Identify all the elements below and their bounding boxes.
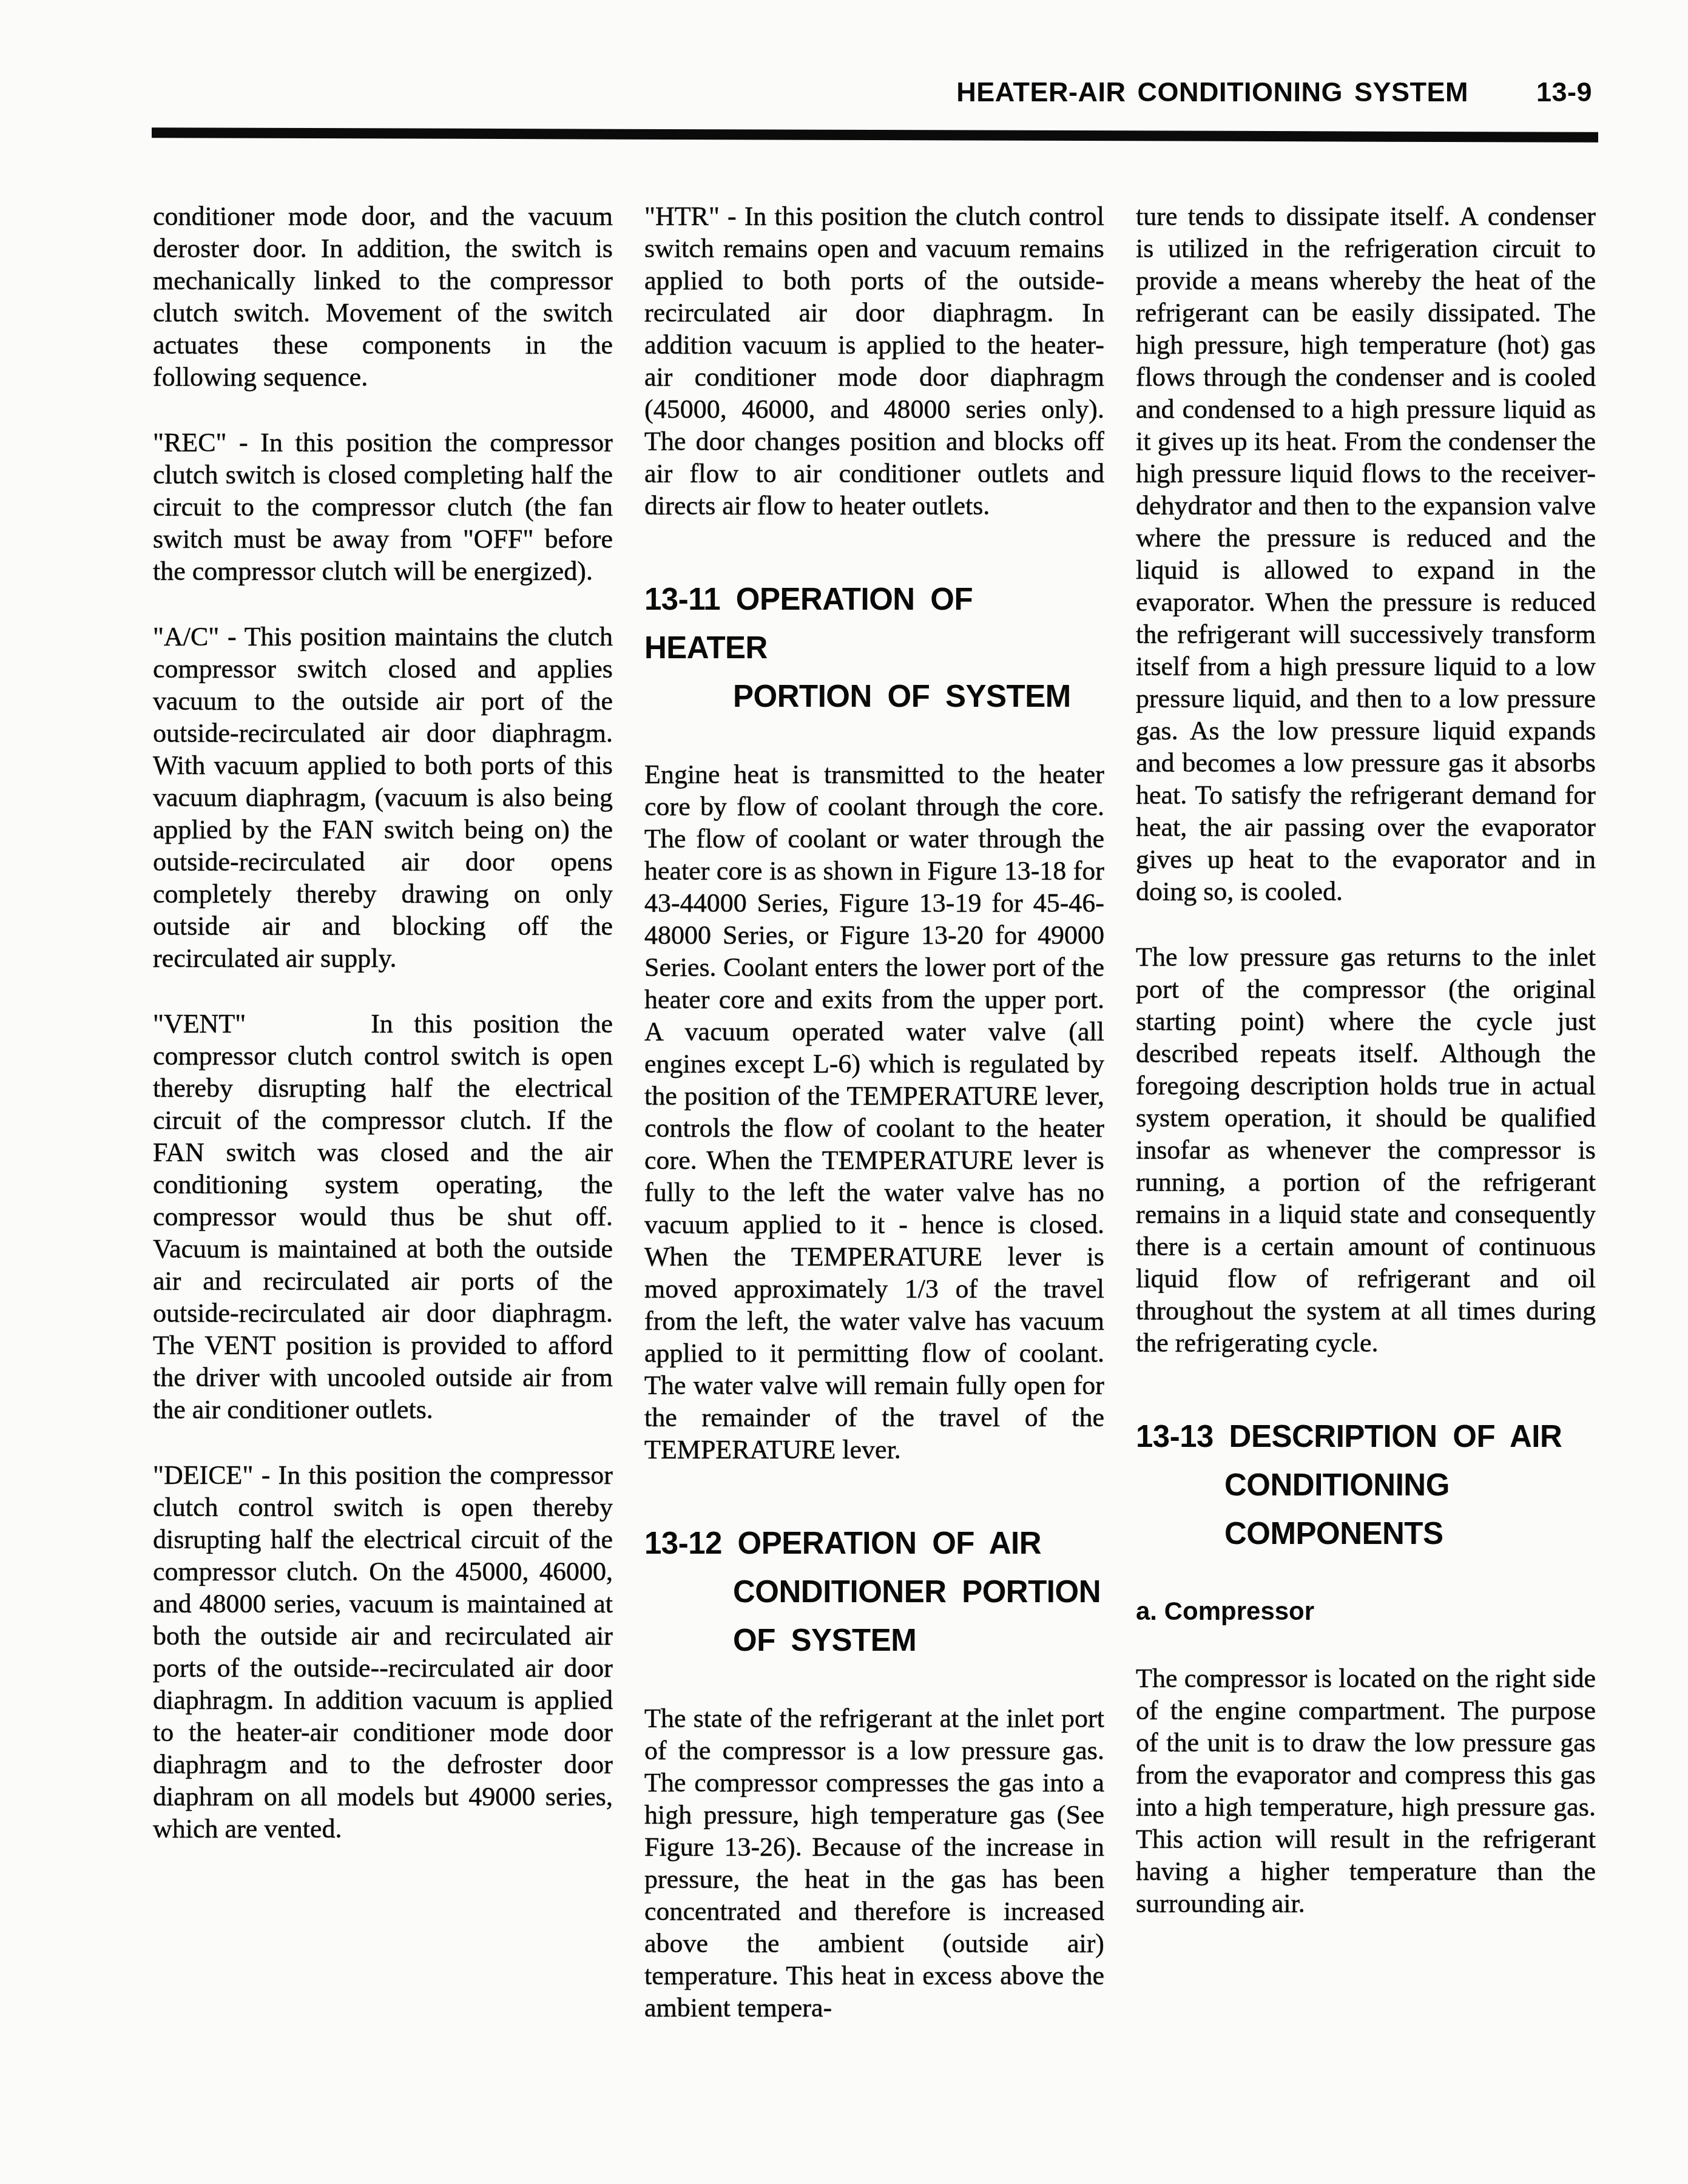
page-header-title: HEATER-AIR CONDITIONING SYSTEM xyxy=(956,76,1468,108)
subheading-compressor: a. Compressor xyxy=(1136,1596,1596,1627)
paragraph-htr: "HTR" - In this position the clutch cont… xyxy=(644,200,1104,522)
paragraph-ac: "A/C" - This position maintains the clut… xyxy=(153,621,613,974)
section-heading-line: COMPONENTS xyxy=(1136,1509,1596,1558)
column-3: ture tends to dissipate itself. A conden… xyxy=(1136,200,1596,2057)
section-heading-13-12: 13-12 OPERATION OF AIR CONDITIONER PORTI… xyxy=(644,1519,1104,1665)
paragraph-rec: "REC" - In this position the compressor … xyxy=(153,426,613,587)
paragraph-refrigerant-state: The state of the refrigerant at the inle… xyxy=(644,1702,1104,2024)
column-1: conditioner mode door, and the vacuum de… xyxy=(153,200,613,2057)
paragraph-compressor: The compressor is located on the right s… xyxy=(1136,1662,1596,1919)
section-heading-13-13: 13-13 DESCRIPTION OF AIR CONDITIONING CO… xyxy=(1136,1412,1596,1558)
section-heading-line: CONDITIONING xyxy=(1136,1461,1596,1509)
paragraph-vent: "VENT" In this position the compressor c… xyxy=(153,1008,613,1426)
manual-page: HEATER-AIR CONDITIONING SYSTEM 13-9 cond… xyxy=(0,0,1688,2184)
column-2: "HTR" - In this position the clutch cont… xyxy=(644,200,1104,2057)
section-heading-line: 13-13 DESCRIPTION OF AIR xyxy=(1136,1412,1596,1461)
section-heading-line: OF SYSTEM xyxy=(644,1616,1104,1665)
paragraph-low-pressure-return: The low pressure gas returns to the inle… xyxy=(1136,941,1596,1359)
paragraph-condenser: ture tends to dissipate itself. A conden… xyxy=(1136,200,1596,908)
header-rule xyxy=(152,127,1598,142)
section-heading-13-11: 13-11 OPERATION OF HEATER PORTION OF SYS… xyxy=(644,575,1104,721)
paragraph-continuation: conditioner mode door, and the vacuum de… xyxy=(153,200,613,393)
section-heading-line: 13-11 OPERATION OF HEATER xyxy=(644,575,1104,672)
page-number: 13-9 xyxy=(1536,76,1592,108)
paragraph-deice: "DEICE" - In this position the compresso… xyxy=(153,1459,613,1845)
section-heading-line: CONDITIONER PORTION xyxy=(644,1568,1104,1616)
text-columns: conditioner mode door, and the vacuum de… xyxy=(153,200,1597,2057)
paragraph-heater-operation: Engine heat is transmitted to the heater… xyxy=(644,758,1104,1466)
section-heading-line: PORTION OF SYSTEM xyxy=(644,672,1104,721)
page-header: HEATER-AIR CONDITIONING SYSTEM 13-9 xyxy=(956,76,1592,108)
section-heading-line: 13-12 OPERATION OF AIR xyxy=(644,1519,1104,1568)
